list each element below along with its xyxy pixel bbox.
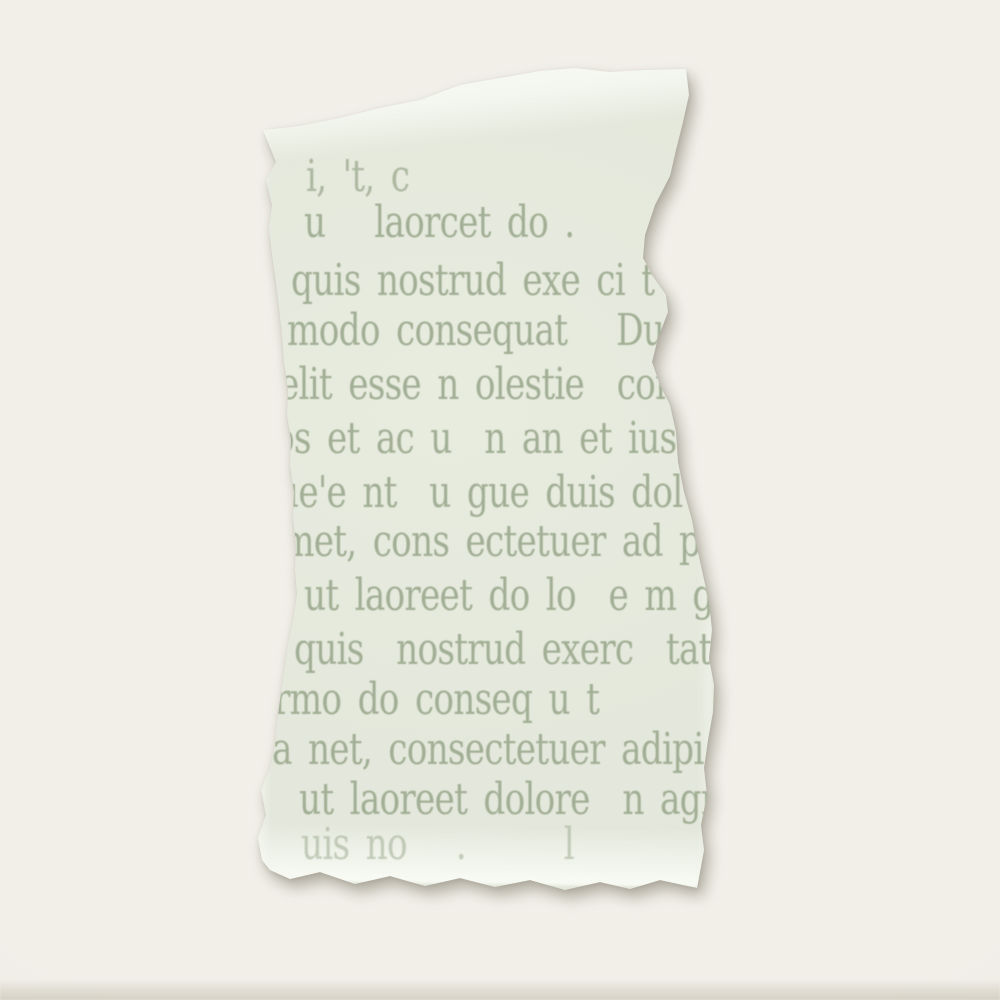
- paper-text-line: ut laoreet do lo e m gna: [304, 573, 755, 619]
- paper-text: i, 't, c u laorcet do . quis nostrud exe…: [0, 0, 1000, 1000]
- paper-text-line: os et ac u n an et iusto: [274, 416, 709, 462]
- paper-text-line: u laorcet do .: [304, 200, 574, 246]
- paper-text-line: a net, consectetuer adipi: [272, 727, 704, 773]
- torn-edge-left: [252, 130, 272, 875]
- paper-text-line: quis nostrud exe ci t: [291, 258, 654, 304]
- paper-text-line: quis nostrud exerc tati: [294, 627, 722, 673]
- paper-text-line: rmo do conseq u t: [274, 677, 599, 723]
- paper-shadow-wrapper: i, 't, c u laorcet do . quis nostrud exe…: [0, 0, 1000, 1000]
- paper-text-line: elit esse n olestie cons: [279, 362, 693, 408]
- paper-text-line: met, cons ectetuer ad p: [282, 519, 700, 565]
- paper-text-line: modo consequat Du: [287, 308, 664, 354]
- paper-text-line: i, 't, c: [306, 154, 409, 200]
- surface-edge-line: [0, 980, 1000, 1000]
- paper-text-line: uis no . l: [301, 822, 574, 868]
- paper-text-line: ue'e nt u gue duis dol: [277, 470, 682, 516]
- torn-paper-artwork: i, 't, c u laorcet do . quis nostrud exe…: [0, 0, 1000, 1000]
- torn-paper-scrap: i, 't, c u laorcet do . quis nostrud exe…: [0, 0, 1000, 1000]
- paper-text-line: ut laoreet dolore n agn: [299, 777, 722, 823]
